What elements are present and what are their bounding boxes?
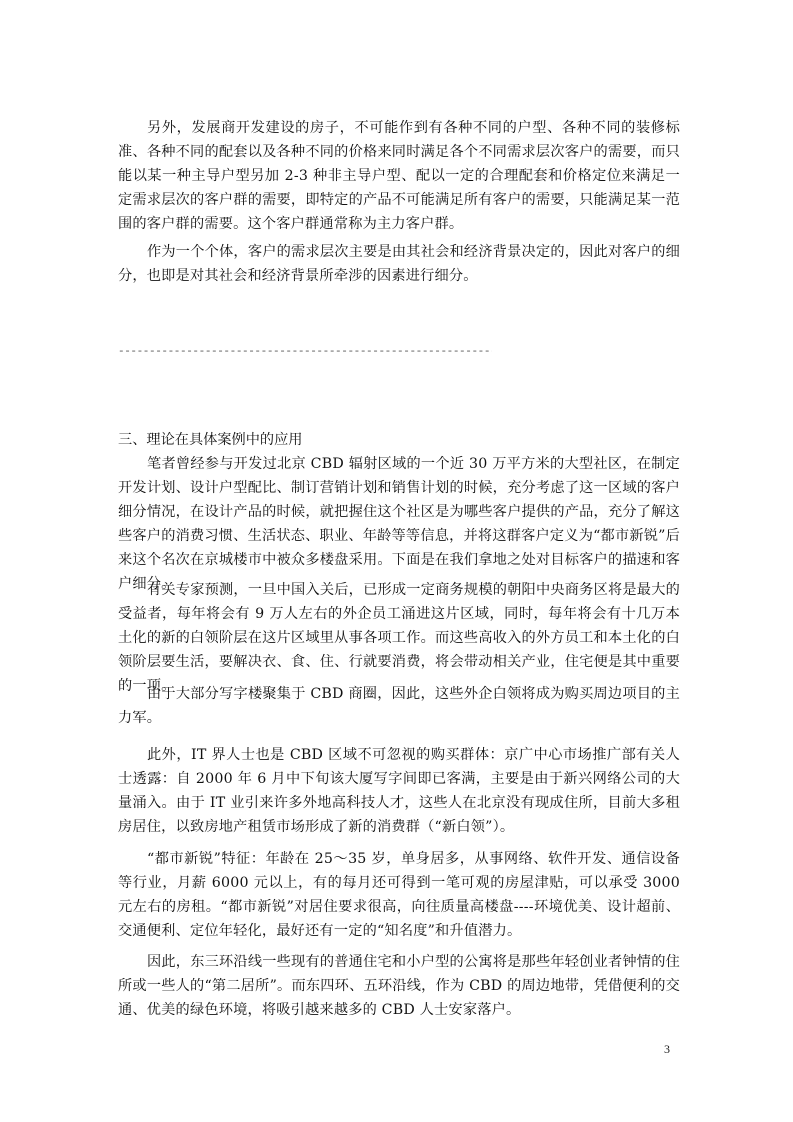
document-page: 另外，发展商开发建设的房子，不可能作到有各种不同的户型、各种不同的装修标准、各种… (0, 0, 793, 1122)
paragraph-cbd-buyers: 由于大部分写字楼聚集于 CBD 商圈，因此，这些外企白领将成为购买周边项目的主力… (118, 682, 680, 730)
dashed-divider: ----------------------------------------… (118, 346, 492, 358)
section-heading: 三、理论在具体案例中的应用 (118, 428, 680, 452)
paragraph-urban-elite-traits: “都市新锐”特征：年龄在 25～35 岁，单身居多，从事网络、软件开发、通信设备… (118, 847, 680, 943)
paragraph-it-buyers: 此外，IT 界人士也是 CBD 区域不可忽视的购买群体：京广中心市场推广部有关人… (118, 743, 680, 839)
paragraph-customer-segmentation: 作为一个个体，客户的需求层次主要是由其社会和经济背景决定的，因此对客户的细分，也… (118, 240, 680, 288)
paragraph-expert-forecast: 有关专家预测，一旦中国入关后，已形成一定商务规模的朝阳中央商务区将是最大的受益者… (118, 578, 680, 698)
paragraph-case-intro: 笔者曾经参与开发过北京 CBD 辐射区域的一个近 30 万平方米的大型社区，在制… (118, 452, 680, 596)
page-number: 3 (664, 1042, 670, 1057)
paragraph-conclusion: 因此，东三环沿线一些现有的普通住宅和小户型的公寓将是那些年轻创业者钟情的住所或一… (118, 950, 680, 1022)
paragraph-main-customer-group: 另外，发展商开发建设的房子，不可能作到有各种不同的户型、各种不同的装修标准、各种… (118, 116, 680, 236)
